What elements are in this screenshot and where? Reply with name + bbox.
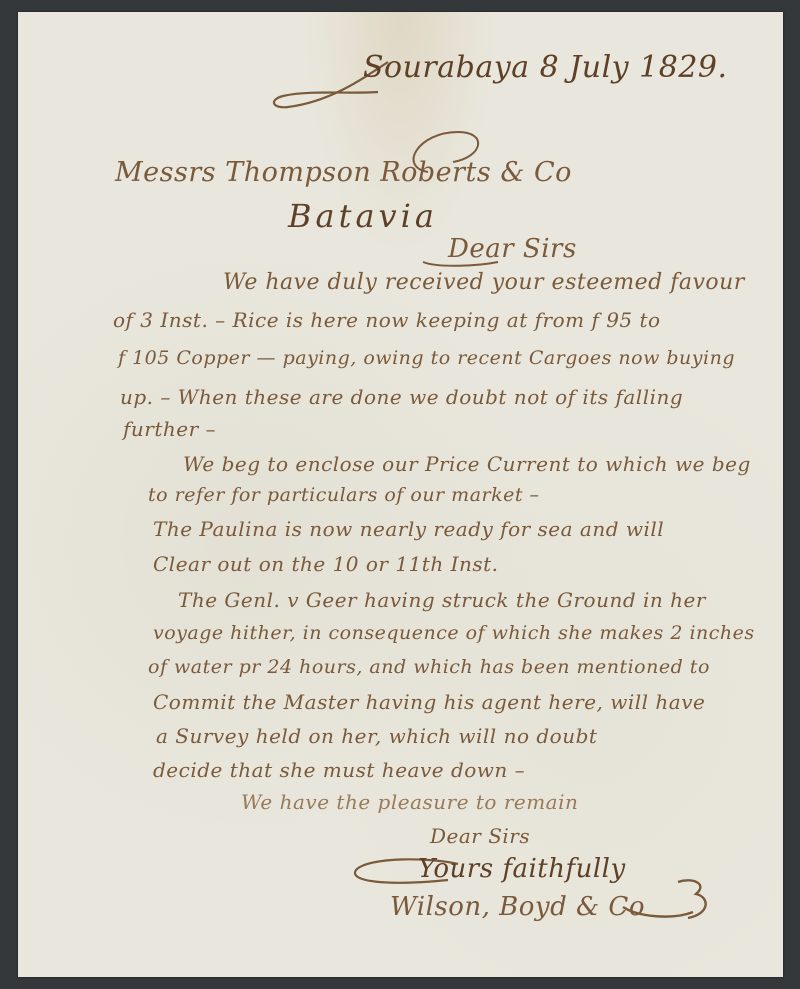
valediction: Yours faithfully	[418, 854, 626, 884]
place: Batavia	[288, 197, 438, 235]
letter-page: Sourabaya 8 July 1829. Messrs Thompson R…	[18, 12, 783, 977]
body-line: Clear out on the 10 or 11th Inst.	[153, 552, 499, 576]
body-line: up. – When these are done we doubt not o…	[120, 385, 683, 409]
body-line: The Genl. v Geer having struck the Groun…	[178, 588, 706, 612]
body-line: The Paulina is now nearly ready for sea …	[153, 517, 664, 541]
salutation: Dear Sirs	[448, 234, 577, 264]
signature: Wilson, Boyd & Co	[390, 892, 645, 922]
body-line: to refer for particulars of our market –	[148, 484, 540, 506]
closing-salutation: Dear Sirs	[430, 824, 530, 848]
closing: We have the pleasure to remain	[241, 790, 578, 814]
body-line: voyage hither, in consequence of which s…	[153, 622, 755, 644]
dateline: Sourabaya 8 July 1829.	[363, 50, 728, 85]
body-line: a Survey held on her, which will no doub…	[156, 724, 597, 748]
scan-background: Sourabaya 8 July 1829. Messrs Thompson R…	[0, 0, 800, 989]
addressee: Messrs Thompson Roberts & Co	[115, 157, 572, 188]
body-line: decide that she must heave down –	[153, 758, 525, 782]
body-line: We beg to enclose our Price Current to w…	[183, 452, 751, 476]
body-line: further –	[123, 417, 216, 441]
body-line: of water pr 24 hours, and which has been…	[148, 656, 710, 678]
body-line: of 3 Inst. – Rice is here now keeping at…	[113, 308, 661, 332]
body-line: f 105 Copper — paying, owing to recent C…	[118, 347, 735, 369]
body-line: Commit the Master having his agent here,…	[153, 690, 705, 714]
body-line: We have duly received your esteemed favo…	[223, 270, 745, 295]
